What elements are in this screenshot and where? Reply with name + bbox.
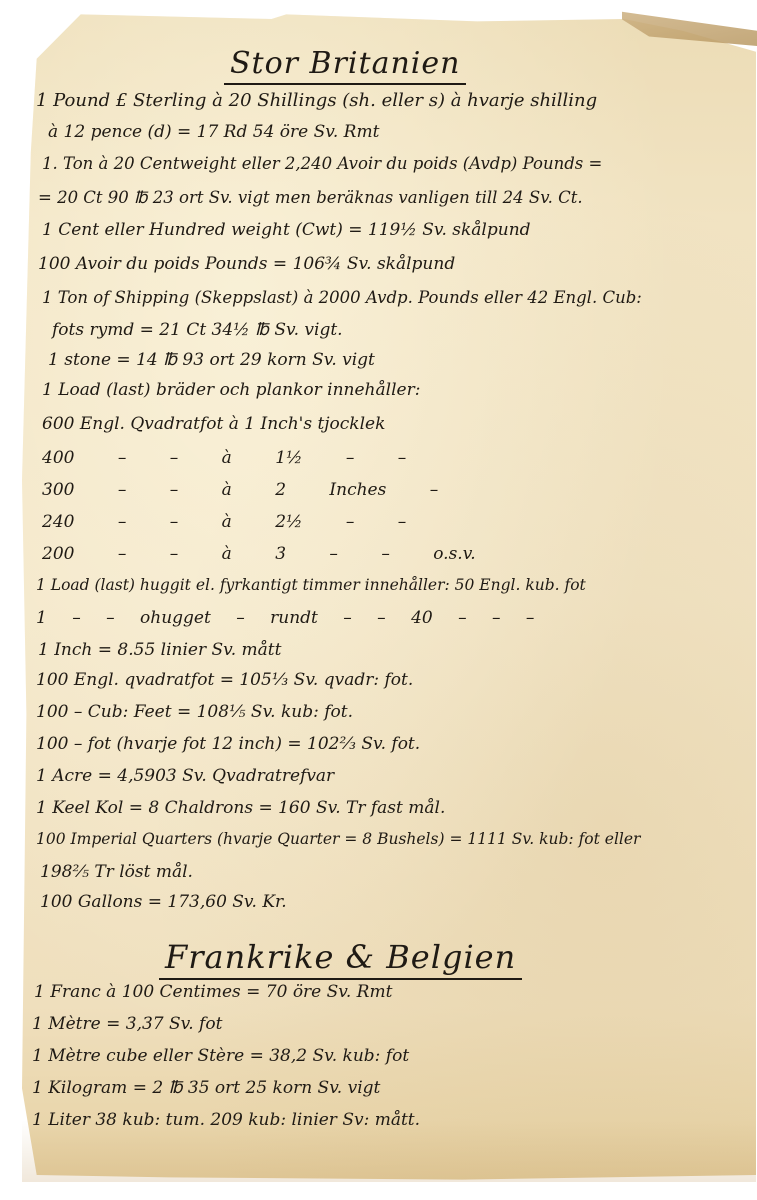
- text-line: 200 – – à 3 – – o.s.v.: [42, 546, 476, 563]
- text-line: 1 Load (last) huggit el. fyrkantigt timm…: [36, 578, 586, 594]
- text-line: 198⅖ Tr löst mål.: [40, 864, 193, 881]
- text-line: 1 Acre = 4,5903 Sv. Qvadratrefvar: [36, 768, 334, 785]
- text-line: 100 Engl. qvadratfot = 105⅓ Sv. qvadr: f…: [36, 672, 413, 689]
- text-line: 100 – Cub: Feet = 108⅕ Sv. kub: fot.: [36, 704, 353, 721]
- text-line: 1 Keel Kol = 8 Chaldrons = 160 Sv. Tr fa…: [36, 800, 445, 817]
- text-line: 1 Franc à 100 Centimes = 70 öre Sv. Rmt: [34, 984, 392, 1001]
- text-line: 1 Kilogram = 2 ℔ 35 ort 25 korn Sv. vigt: [32, 1080, 380, 1097]
- text-line: 100 Imperial Quarters (hvarje Quarter = …: [36, 832, 640, 848]
- text-line: 1 Load (last) bräder och plankor innehål…: [42, 382, 420, 399]
- text-line: 1 Pound £ Sterling à 20 Shillings (sh. e…: [36, 92, 597, 110]
- heading-underline: [159, 978, 522, 980]
- heading-text: Stor Britanien: [230, 46, 460, 81]
- heading-stor-britanien: Stor Britanien: [230, 46, 460, 81]
- manuscript-content: Stor Britanien 1 Pound £ Sterling à 20 S…: [0, 0, 757, 1200]
- heading-text: Frankrike & Belgien: [165, 938, 516, 976]
- text-line: 1 Inch = 8.55 linier Sv. mått: [38, 642, 281, 659]
- text-line: 1 Mètre = 3,37 Sv. fot: [32, 1016, 222, 1033]
- text-line: 1 Liter 38 kub: tum. 209 kub: linier Sv:…: [32, 1112, 420, 1129]
- text-line: 300 – – à 2 Inches –: [42, 482, 438, 499]
- text-line: à 12 pence (d) = 17 Rd 54 öre Sv. Rmt: [48, 124, 379, 141]
- text-line: fots rymd = 21 Ct 34½ ℔ Sv. vigt.: [52, 322, 343, 339]
- text-line: 1 Mètre cube eller Stère = 38,2 Sv. kub:…: [32, 1048, 409, 1065]
- text-line: 100 Gallons = 173,60 Sv. Kr.: [40, 894, 287, 911]
- text-line: 400 – – à 1½ – –: [42, 450, 406, 467]
- text-line: 1 Cent eller Hundred weight (Cwt) = 119½…: [42, 222, 531, 239]
- text-line: 240 – – à 2½ – –: [42, 514, 406, 531]
- text-line: 100 – fot (hvarje fot 12 inch) = 102⅔ Sv…: [36, 736, 420, 753]
- text-line: 100 Avoir du poids Pounds = 106¾ Sv. skå…: [38, 256, 455, 273]
- text-line: 600 Engl. Qvadratfot à 1 Inch's tjocklek: [42, 416, 385, 433]
- text-line: 1 – – ohugget – rundt – – 40 – – –: [36, 610, 534, 627]
- text-line: 1 Ton of Shipping (Skeppslast) à 2000 Av…: [42, 290, 642, 307]
- heading-underline: [224, 83, 466, 85]
- text-line: 1 stone = 14 ℔ 93 ort 29 korn Sv. vigt: [48, 352, 375, 369]
- text-line: 1. Ton à 20 Centweight eller 2,240 Avoir…: [42, 156, 602, 173]
- heading-frankrike-belgien: Frankrike & Belgien: [165, 938, 516, 976]
- text-line: = 20 Ct 90 ℔ 23 ort Sv. vigt men beräkna…: [38, 190, 583, 207]
